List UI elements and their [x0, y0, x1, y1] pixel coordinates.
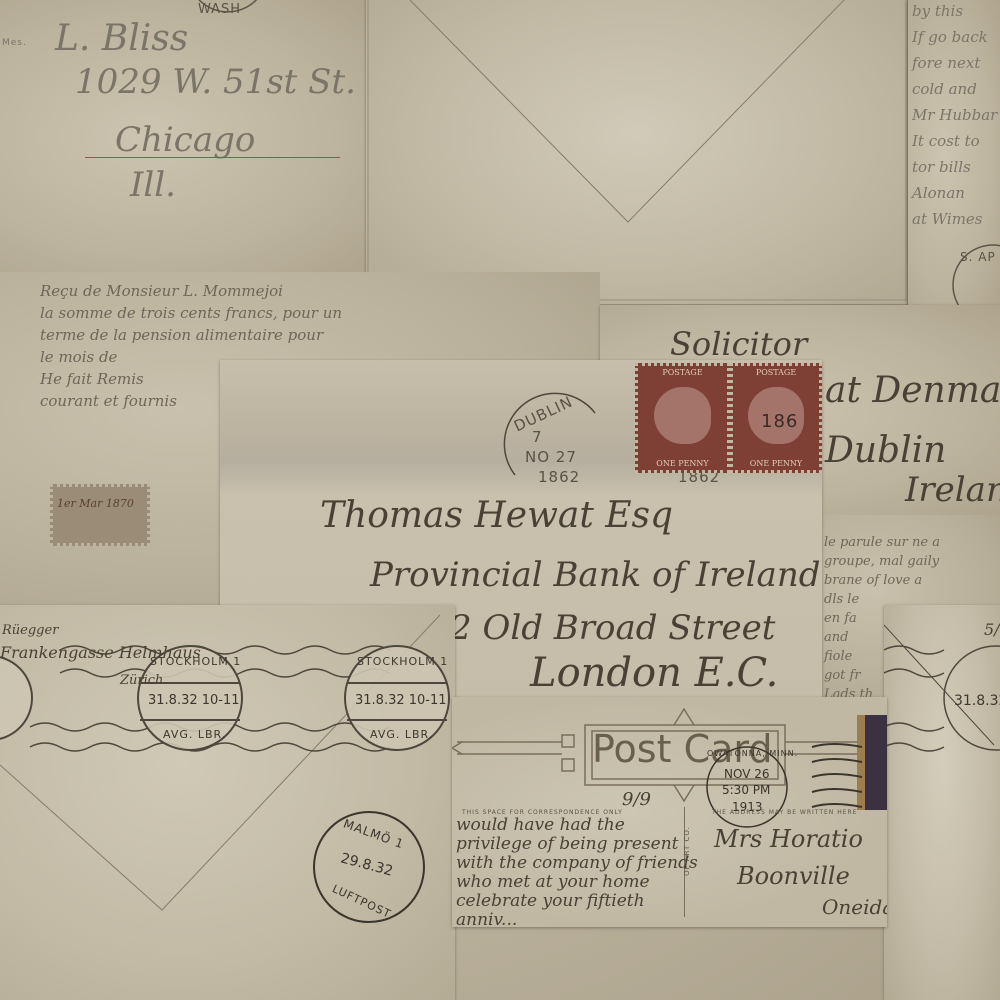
handwritten-line: would have had the	[456, 815, 625, 835]
solicitor-line-4: Ireland	[905, 470, 1000, 510]
cancel-lines	[812, 737, 872, 817]
stockholm-postmark-bottom-2: AVG. LBR.	[370, 728, 433, 741]
handwritten-line: privilege of being present	[456, 834, 679, 854]
handwritten-line: le parule sur ne a	[824, 535, 940, 550]
receipt-stamp-text: 1er Mar 1870	[57, 497, 134, 510]
handwritten-line: It cost to	[912, 132, 980, 150]
solicitor-line-3: Dublin	[825, 430, 946, 471]
postmark-wash-text: WASH	[198, 2, 241, 17]
postmark-dublin-date: NO 27	[525, 448, 577, 466]
handwritten-line: got fr	[824, 668, 861, 683]
handwritten-line: and	[824, 630, 848, 645]
receipt-stamp: 1er Mar 1870	[50, 484, 150, 546]
stockholm-right-note: 5/	[984, 620, 1000, 639]
handwritten-line: at Wimes	[912, 210, 983, 228]
postmark-stockholm-right	[884, 605, 1000, 765]
postmark-dublin-code: 7	[532, 428, 543, 446]
handwritten-line: terme de la pension alimentaire pour	[40, 326, 323, 344]
sender-line-2: Frankengasse Helmhaus	[0, 643, 201, 662]
recipient-street: 1029 W. 51st St.	[75, 62, 356, 102]
city-underline	[85, 157, 340, 158]
sender-line-1: Rüegger	[2, 623, 58, 638]
queen-profile-icon	[654, 387, 711, 444]
handwritten-line: la somme de trois cents francs, pour un	[40, 304, 342, 322]
handwritten-line: groupe, mal gaily	[824, 554, 939, 569]
handwritten-line: Reçu de Monsieur L. Mommejoi	[40, 282, 283, 300]
handwritten-line: courant et fournis	[40, 392, 177, 410]
postcard-postmark-time: 5:30 PM	[722, 783, 770, 797]
address-line-2: Provincial Bank of Ireland	[370, 555, 820, 595]
letter-top-right: by thisIf go backfore nextcold andMr Hub…	[907, 0, 1000, 308]
postcard-postmark-city: OWATONNA, MINN.	[707, 749, 798, 758]
postcard: Post Card NOV 26 5:30 PM 1913 OWATONNA, …	[452, 697, 887, 927]
handwritten-line: en fa	[824, 611, 857, 626]
handwritten-line: fiole	[824, 649, 852, 664]
handwritten-line: Alonan	[912, 184, 965, 202]
address-line-3: 2 Old Broad Street	[450, 608, 775, 648]
solicitor-line-2: at Denmark	[825, 370, 1000, 411]
recipient-state: Ill.	[130, 165, 176, 205]
penny-stamp-2: POSTAGE 186 ONE PENNY	[730, 363, 822, 473]
envelope-flap-fold	[366, 0, 908, 304]
handwritten-line: brane of love a	[824, 573, 922, 588]
envelope-stockholm: 31.8.32 10-11 STOCKHOLM 1 AVG. LBR. 31.8…	[0, 605, 455, 1000]
handwritten-line: le mois de	[40, 348, 117, 366]
recipient-name: L. Bliss	[55, 18, 188, 59]
postcard-date-note: 9/9	[622, 789, 651, 810]
handwritten-line: He fait Remis	[40, 370, 144, 388]
stockholm-postmark-date-2: 31.8.32 10-11	[355, 693, 447, 708]
postcard-address-3: Oneida	[822, 895, 887, 919]
sender-line-3: Zürich	[120, 673, 163, 688]
handwritten-line: celebrate your fiftieth	[456, 891, 645, 911]
handwritten-line: fore next	[912, 54, 980, 72]
handwritten-line: anniv...	[456, 910, 517, 927]
postcard-postmark-date: NOV 26	[724, 767, 770, 781]
envelope-chicago: Mes. L. Bliss 1029 W. 51st St. Chicago I…	[0, 0, 368, 272]
handwritten-line: Mr Hubbar	[912, 106, 997, 124]
envelope-back-top	[366, 0, 908, 304]
stockholm-right-date: 31.8.32	[954, 693, 1000, 709]
envelope-stockholm-right: 31.8.32 5/	[884, 605, 1000, 1000]
address-line-1: Thomas Hewat Esq	[320, 495, 673, 536]
salutation-label: Mes.	[2, 38, 27, 48]
stockholm-postmark-bottom-1: AVG. LBR.	[163, 728, 226, 741]
postcard-address-2: Boonville	[737, 862, 850, 890]
handwritten-line: who met at your home	[456, 872, 650, 892]
postcard-address-1: Mrs Horatio	[714, 825, 863, 853]
solicitor-line-1: Solicitor	[670, 325, 807, 363]
address-line-4: London E.C.	[530, 650, 778, 696]
stockholm-postmark-city-2: STOCKHOLM 1	[357, 655, 448, 668]
handwritten-line: If go back	[912, 28, 988, 46]
recipient-city: Chicago	[115, 120, 255, 160]
penny-stamp-1: POSTAGE ONE PENNY	[635, 363, 730, 473]
handwritten-line: tor bills	[912, 158, 971, 176]
handwritten-line: with the company of friends	[456, 853, 698, 873]
handwritten-line: dls le	[824, 592, 859, 607]
postmark-dublin-year: 1862	[538, 468, 580, 486]
address-caption: THE ADDRESS MAY BE WRITTEN HERE	[712, 809, 857, 816]
handwritten-line: cold and	[912, 80, 977, 98]
postmark-partial-text: S. AP	[960, 250, 996, 264]
stockholm-postmark-date-1: 31.8.32 10-11	[148, 693, 240, 708]
handwritten-line: by this	[912, 2, 963, 20]
